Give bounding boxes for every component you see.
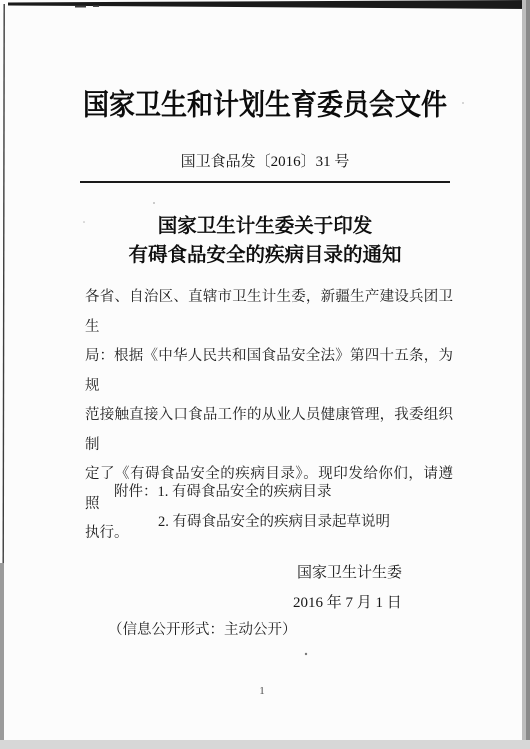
notice-title-line2: 有碍食品安全的疾病目录的通知 <box>0 241 530 270</box>
notice-title-line1: 国家卫生计生委关于印发 <box>0 212 530 241</box>
doc-number: 国卫食品发〔2016〕31 号 <box>0 150 530 171</box>
signature-org: 国家卫生计生委 <box>297 561 402 582</box>
attachment-line2: 2. 有碍食品安全的疾病目录起草说明 <box>114 507 390 537</box>
body-line2: 范接触直接入口食品工作的从业人员健康管理，我委组织制 <box>85 401 453 460</box>
body-line1: 根据《中华人民共和国食品安全法》第四十五条，为规 <box>85 342 453 401</box>
salutation-line1: 各省、自治区、直辖市卫生计生委，新疆生产建设兵团卫生 <box>85 283 453 342</box>
attachment-line1: 附件：1. 有碍食品安全的疾病目录 <box>114 477 390 507</box>
notice-title: 国家卫生计生委关于印发 有碍食品安全的疾病目录的通知 <box>0 212 530 270</box>
attachment-item-1: 1. 有碍食品安全的疾病目录 <box>158 484 332 500</box>
attachment-label: 附件： <box>114 484 158 500</box>
letterhead-divider-rule <box>80 181 450 183</box>
scanned-document-page: 国家卫生和计划生育委员会文件 国卫食品发〔2016〕31 号 国家卫生计生委关于… <box>0 0 530 749</box>
disclosure-note: （信息公开形式：主动公开） <box>108 618 297 639</box>
attachment-list: 附件：1. 有碍食品安全的疾病目录 2. 有碍食品安全的疾病目录起草说明 <box>114 477 390 537</box>
page-number: 1 <box>254 685 270 697</box>
org-letterhead-title: 国家卫生和计划生育委员会文件 <box>0 82 530 123</box>
attachment-item-2: 2. 有碍食品安全的疾病目录起草说明 <box>158 514 390 530</box>
signature-date: 2016 年 7 月 1 日 <box>293 591 402 612</box>
